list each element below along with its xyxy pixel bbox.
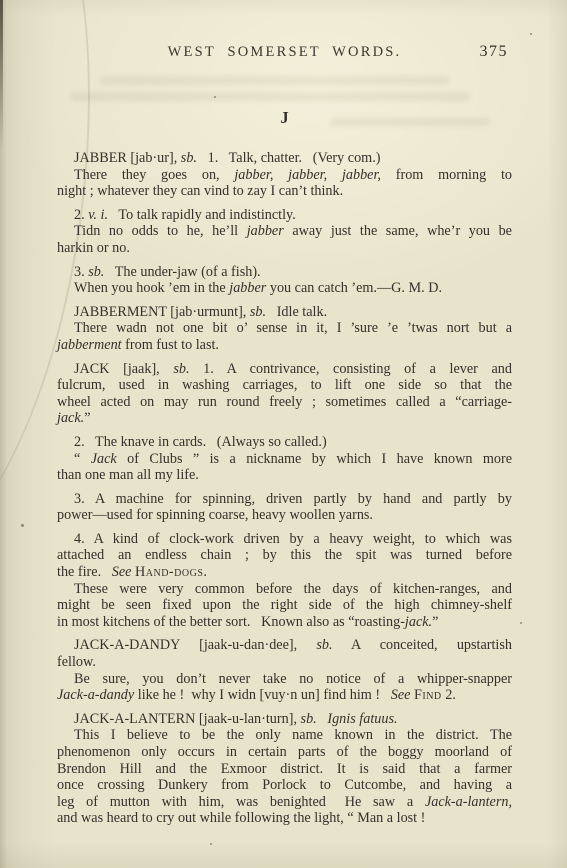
smallcaps-text: Find (414, 687, 442, 703)
paragraph: 3. sb. The under-jaw (of a fish).When yo… (57, 264, 512, 297)
paragraph: 3. A machine for spinning, driven partly… (57, 491, 512, 524)
text-line: JABBERMENT [jab·urmunt], sb. Idle talk. (57, 304, 512, 321)
text-segment: than one man all my life. (57, 467, 199, 483)
ink-bleedthrough (70, 92, 470, 101)
text-segment: There wadn not one bit o’ sense in it, I… (74, 320, 512, 336)
text-line: the fire. See Hand-dogs. (57, 564, 512, 581)
text-line: harkin or no. (57, 240, 512, 257)
text-line: jabberment from fust to last. (57, 337, 512, 354)
book-page: WEST SOMERSET WORDS. 375 J JABBER [jab·u… (0, 0, 567, 868)
text-line: phenomenon only occurs in certain parts … (57, 744, 512, 761)
text-segment: night ; whatever they can vind to zay I … (57, 183, 343, 199)
paragraph: JACK-A-DANDY [jaak-u-dan·dee], sb. A con… (57, 637, 512, 703)
italic-text: See (112, 564, 132, 580)
text-segment: might be seen fixed upon the right side … (57, 597, 512, 613)
text-line: Be sure, you don’t never take no notice … (57, 671, 512, 688)
italic-text: jabberment (57, 337, 122, 353)
text-segment: 2. (74, 207, 88, 223)
text-segment: 3. A machine for spinning, driven partly… (74, 491, 512, 507)
text-line: This I believe to be the only name known… (57, 727, 512, 744)
text-line: “ Jack of Clubs ” is a nickname by which… (57, 451, 512, 468)
text-line: and was heard to cry out while following… (57, 810, 512, 827)
text-line: 3. A machine for spinning, driven partly… (57, 491, 512, 508)
text-segment: and was heard to cry out while following… (57, 810, 425, 826)
text-segment: from morning to (381, 167, 512, 183)
text-segment: 2. The knave in cards. (Always so called… (74, 434, 327, 450)
italic-text: jack. (57, 410, 84, 426)
italic-text: Jack-a-dandy (57, 687, 134, 703)
text-segment: leg of mutton with him, was benighted He… (57, 794, 425, 810)
text-segment: the fire. (57, 564, 112, 580)
text-segment: 1. A contrivance, consisting of a lever … (190, 361, 512, 377)
text-segment: phenomenon only occurs in certain parts … (57, 744, 512, 760)
text-line: Jack-a-dandy like he ! why I widn [vuy·n… (57, 687, 512, 704)
text-segment: harkin or no. (57, 240, 130, 256)
italic-text: Jack (91, 451, 117, 467)
ink-bleedthrough (100, 76, 450, 85)
text-segment: 4. A kind of clock-work driven by a heav… (74, 531, 512, 547)
scan-speck (214, 96, 216, 98)
italic-text: v. i. (88, 207, 108, 223)
text-line: jack.” (57, 410, 512, 427)
text-segment: JACK [jaak], (74, 361, 173, 377)
page-title: WEST SOMERSET WORDS. (57, 44, 512, 61)
text-segment: There they goes on, (74, 167, 234, 183)
text-segment: attached an endless chain ; by this the … (57, 547, 512, 563)
text-block: JABBER [jab·ur], sb. 1. Talk, chatter. (… (57, 150, 512, 827)
paragraph: 2. The knave in cards. (Always so called… (57, 434, 512, 484)
italic-text: sb. (173, 361, 189, 377)
running-header: WEST SOMERSET WORDS. 375 (57, 44, 512, 64)
text-segment: This I believe to be the only name known… (74, 727, 512, 743)
text-segment: Brendon Hill and the Exmoor district. It… (57, 761, 512, 777)
text-segment: 1. Talk, chatter. (Very com.) (197, 150, 381, 166)
text-line: fulcrum, used in washing carriages, to l… (57, 377, 512, 394)
text-line: 4. A kind of clock-work driven by a heav… (57, 531, 512, 548)
text-segment: fulcrum, used in washing carriages, to l… (57, 377, 512, 393)
scan-speck (520, 622, 522, 624)
text-line: once crossing Dunkery from Porlock to Cu… (57, 777, 512, 794)
italic-text: jabber (229, 280, 266, 296)
text-line: might be seen fixed upon the right side … (57, 597, 512, 614)
text-segment: fellow. (57, 654, 96, 670)
section-letter: J (57, 108, 512, 128)
text-line: wheel acted on may run round freely ; so… (57, 394, 512, 411)
text-segment: ” (84, 410, 90, 426)
text-line: Tidn no odds to he, he’ll jabber away ju… (57, 223, 512, 240)
italic-text: See (391, 687, 411, 703)
text-line: These were very common before the days o… (57, 581, 512, 598)
text-segment: A conceited, upstartish (333, 637, 512, 653)
text-segment: JABBERMENT [jab·urmunt], (74, 304, 250, 320)
italic-text: Ignis fatuus. (327, 711, 397, 727)
paragraph: These were very common before the days o… (57, 581, 512, 631)
scan-speck (21, 524, 24, 527)
text-segment: in most kitchens of the better sort. Kno… (57, 614, 405, 630)
paragraph: JABBERMENT [jab·urmunt], sb. Idle talk.T… (57, 304, 512, 354)
text-line: JACK-A-LANTERN [jaak-u-lan·turn], sb. Ig… (57, 711, 512, 728)
text-line: Brendon Hill and the Exmoor district. It… (57, 761, 512, 778)
scan-speck (210, 843, 212, 845)
text-segment: ” (432, 614, 438, 630)
paragraph: 2. v. i. To talk rapidly and indistinctl… (57, 207, 512, 257)
text-segment: 2. (442, 687, 456, 703)
text-line: night ; whatever they can vind to zay I … (57, 183, 512, 200)
text-line: JACK [jaak], sb. 1. A contrivance, consi… (57, 361, 512, 378)
text-segment: The under-jaw (of a fish). (104, 264, 260, 280)
text-line: JACK-A-DANDY [jaak-u-dan·dee], sb. A con… (57, 637, 512, 654)
page-number: 375 (480, 43, 509, 61)
italic-text: sb. (88, 264, 104, 280)
text-line: 2. The knave in cards. (Always so called… (57, 434, 512, 451)
text-line: 3. sb. The under-jaw (of a fish). (57, 264, 512, 281)
text-line: than one man all my life. (57, 467, 512, 484)
text-line: leg of mutton with him, was benighted He… (57, 794, 512, 811)
text-segment: JACK-A-LANTERN [jaak-u-lan·turn], (74, 711, 301, 727)
text-segment: once crossing Dunkery from Porlock to Cu… (57, 777, 512, 793)
scan-speck (530, 33, 532, 35)
text-segment: 3. (74, 264, 88, 280)
text-segment: of Clubs ” is a nickname by which I have… (117, 451, 512, 467)
text-segment: Tidn no odds to he, he’ll (74, 223, 247, 239)
text-segment: like he ! why I widn [vuy·n un] find him… (134, 687, 391, 703)
paragraph: JABBER [jab·ur], sb. 1. Talk, chatter. (… (57, 150, 512, 200)
italic-text: sb. (181, 150, 197, 166)
italic-text: jabber (247, 223, 284, 239)
text-line: fellow. (57, 654, 512, 671)
text-segment: JACK-A-DANDY [jaak-u-dan·dee], (74, 637, 316, 653)
text-segment: wheel acted on may run round freely ; so… (57, 394, 512, 410)
text-segment: power—used for spinning coarse, heavy wo… (57, 507, 373, 523)
text-line: JABBER [jab·ur], sb. 1. Talk, chatter. (… (57, 150, 512, 167)
text-segment: Be sure, you don’t never take no notice … (74, 671, 512, 687)
text-line: in most kitchens of the better sort. Kno… (57, 614, 512, 631)
text-line: When you hook ’em in the jabber you can … (57, 280, 512, 297)
italic-text: Jack-a-lantern, (425, 794, 512, 810)
text-line: There they goes on, jabber, jabber, jabb… (57, 167, 512, 184)
paragraph: JACK [jaak], sb. 1. A contrivance, consi… (57, 361, 512, 427)
text-line: attached an endless chain ; by this the … (57, 547, 512, 564)
text-segment: you can catch ’em.—G. M. D. (266, 280, 442, 296)
text-segment: To talk rapidly and indistinctly. (108, 207, 296, 223)
text-segment: Idle talk. (266, 304, 327, 320)
text-segment (317, 711, 328, 727)
italic-text: sb. (301, 711, 317, 727)
italic-text: jabber, jabber, jabber, (234, 167, 381, 183)
text-segment: When you hook ’em in the (74, 280, 229, 296)
text-segment: away just the same, whe’r you be (284, 223, 512, 239)
italic-text: sb. (250, 304, 266, 320)
italic-text: jack. (405, 614, 432, 630)
text-segment: from fust to last. (122, 337, 219, 353)
text-segment: “ (74, 451, 91, 467)
paragraph: JACK-A-LANTERN [jaak-u-lan·turn], sb. Ig… (57, 711, 512, 827)
text-segment: JABBER [jab·ur], (74, 150, 181, 166)
paragraph: 4. A kind of clock-work driven by a heav… (57, 531, 512, 581)
text-line: power—used for spinning coarse, heavy wo… (57, 507, 512, 524)
text-segment: These were very common before the days o… (74, 581, 512, 597)
smallcaps-text: Hand-dogs. (135, 564, 207, 580)
text-line: There wadn not one bit o’ sense in it, I… (57, 320, 512, 337)
text-line: 2. v. i. To talk rapidly and indistinctl… (57, 207, 512, 224)
italic-text: sb. (316, 637, 332, 653)
